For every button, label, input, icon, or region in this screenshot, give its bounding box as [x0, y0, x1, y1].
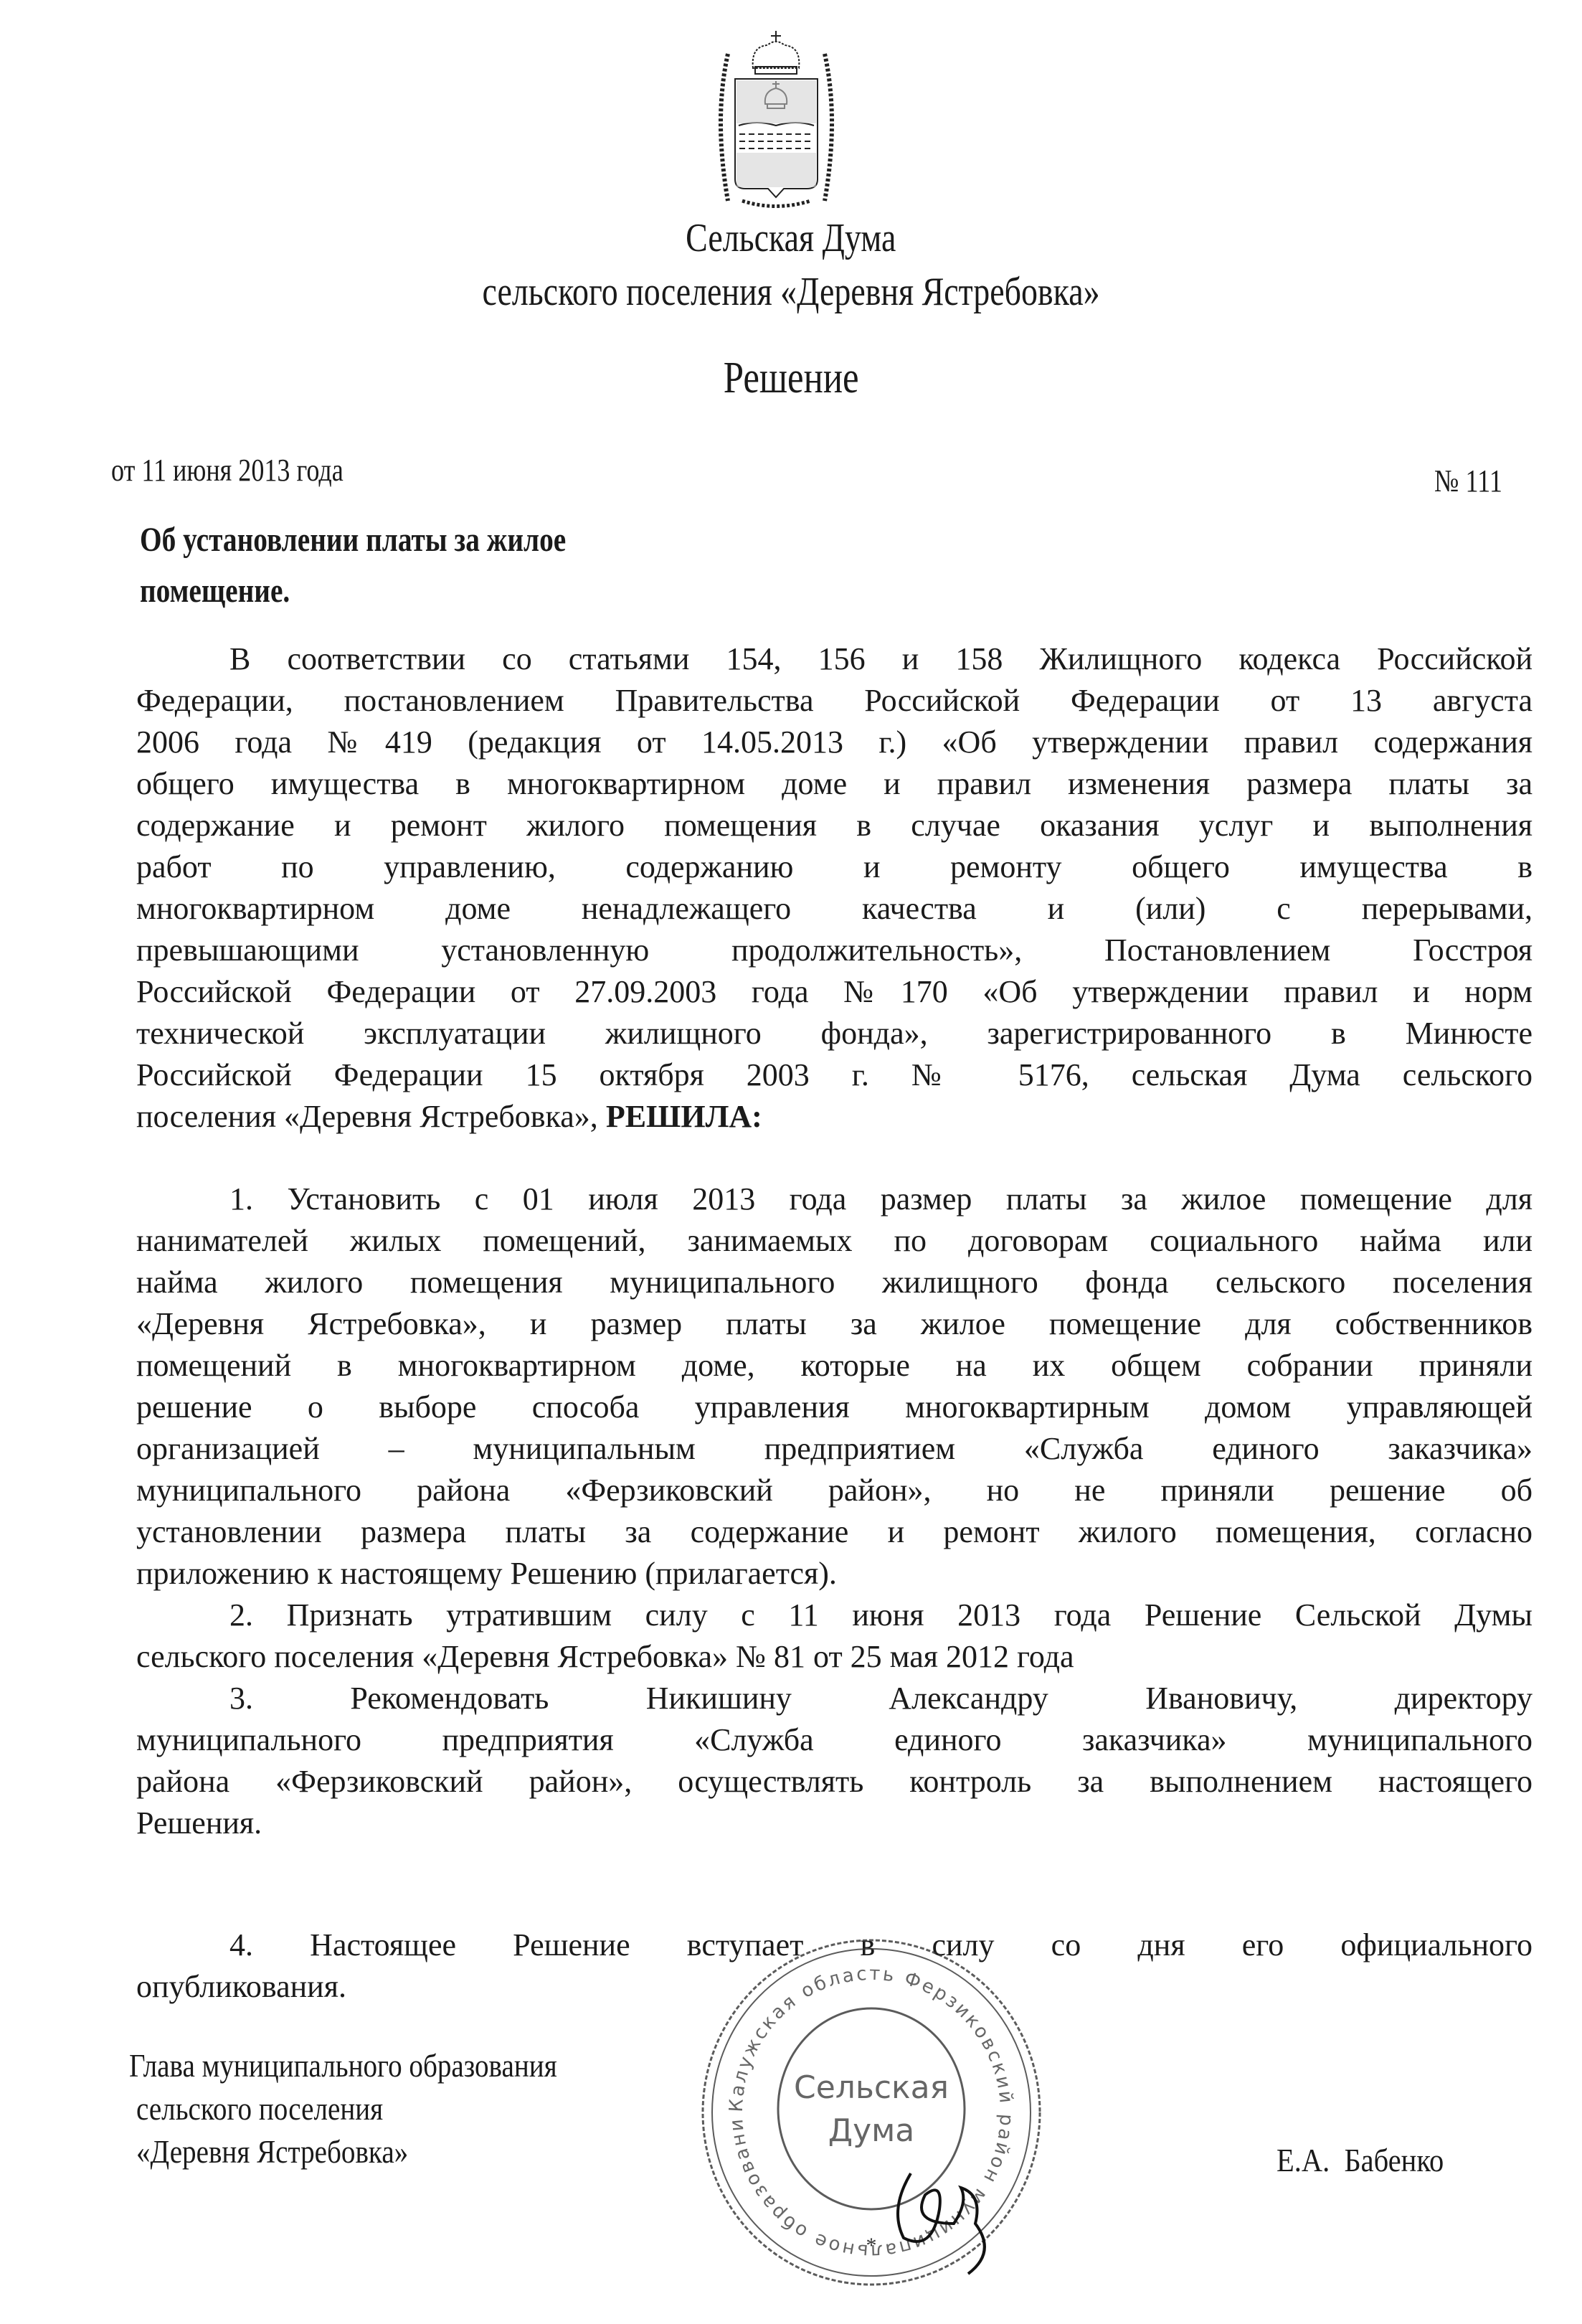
org-name-line1: Сельская Дума [0, 215, 1582, 261]
preamble-last-line: поселения «Деревня Ястребовка», РЕШИЛА: [136, 1098, 762, 1135]
svg-text:Сельская: Сельская [794, 2069, 949, 2106]
item2-line: сельского поселения «Деревня Ястребовка»… [136, 1638, 1533, 1676]
signatory-name: Е.А. Бабенко [1277, 2141, 1444, 2179]
item1-line: помещений в многоквартирном доме, которы… [136, 1347, 1533, 1384]
svg-text:*: * [866, 2234, 877, 2257]
item1-line: найма жилого помещения муниципального жи… [136, 1264, 1533, 1301]
document-title-line1: Об установлении платы за жилое [140, 520, 566, 559]
preamble-line: Российской Федерации от 27.09.2003 года … [136, 973, 1533, 1011]
item1-line: нанимателей жилых помещений, занимаемых … [136, 1222, 1533, 1260]
item1-line: приложению к настоящему Решению (прилага… [136, 1555, 1533, 1592]
item1-line: «Деревня Ястребовка», и размер платы за … [136, 1305, 1533, 1343]
preamble-line: 2006 года №419 (редакция от 14.05.2013 г… [136, 724, 1533, 761]
org-name-line2: сельского поселения «Деревня Ястребовка» [0, 269, 1582, 315]
item3-line: муниципального предприятия «Служба едино… [136, 1721, 1533, 1759]
decided-label: РЕШИЛА: [606, 1099, 762, 1134]
preamble-last-text: поселения «Деревня Ястребовка», [136, 1099, 606, 1134]
item1-line: 1. Установить с 01 июля 2013 года размер… [229, 1181, 1533, 1218]
item1-line: решение о выборе способа управления мног… [136, 1389, 1533, 1426]
item3-line: района «Ферзиковский район», осуществлят… [136, 1763, 1533, 1800]
item3-line: Решения. [136, 1805, 1533, 1842]
signatory-position-line3: «Деревня Ястребовка» [136, 2132, 408, 2171]
official-stamp: Калужская область Ферзиковский район мун… [696, 1937, 1047, 2288]
document-date: от 11 июня 2013 года [111, 452, 344, 488]
preamble-line: В соответствии со статьями 154, 156 и 15… [229, 641, 1533, 678]
preamble-line: технической эксплуатации жилищного фонда… [136, 1015, 1533, 1052]
preamble-line: содержание и ремонт жилого помещения в с… [136, 807, 1533, 844]
preamble-line: превышающими установленную продолжительн… [136, 932, 1533, 969]
item1-line: муниципального района «Ферзиковский райо… [136, 1472, 1533, 1509]
preamble-line: работ по управлению, содержанию и ремонт… [136, 849, 1533, 886]
preamble-line: Федерации, постановлением Правительства … [136, 682, 1533, 719]
item1-line: организацией – муниципальным предприятие… [136, 1430, 1533, 1468]
stamp-seal-icon: Калужская область Ферзиковский район мун… [696, 1937, 1047, 2288]
preamble-line: Российской Федерации 15 октября 2003 г. … [136, 1057, 1533, 1094]
item3-line: 3. Рекомендовать Никишину Александру Ива… [229, 1680, 1533, 1717]
svg-text:Дума: Дума [828, 2112, 915, 2149]
document-title-line2: помещение. [140, 571, 290, 610]
item2-line: 2. Признать утратившим силу с 11 июня 20… [229, 1597, 1533, 1634]
preamble-line: многоквартирном доме ненадлежащего качес… [136, 890, 1533, 927]
coat-of-arms-icon [699, 25, 853, 210]
document-number: № 111 [1434, 463, 1502, 499]
item1-line: установлении размера платы за содержание… [136, 1513, 1533, 1551]
signatory-position-line2: сельского поселения [136, 2089, 383, 2127]
signatory-position-line1: Глава муниципального образования [129, 2046, 557, 2084]
document-type-heading: Решение [0, 353, 1582, 404]
preamble-line: общего имущества в многоквартирном доме … [136, 765, 1533, 803]
